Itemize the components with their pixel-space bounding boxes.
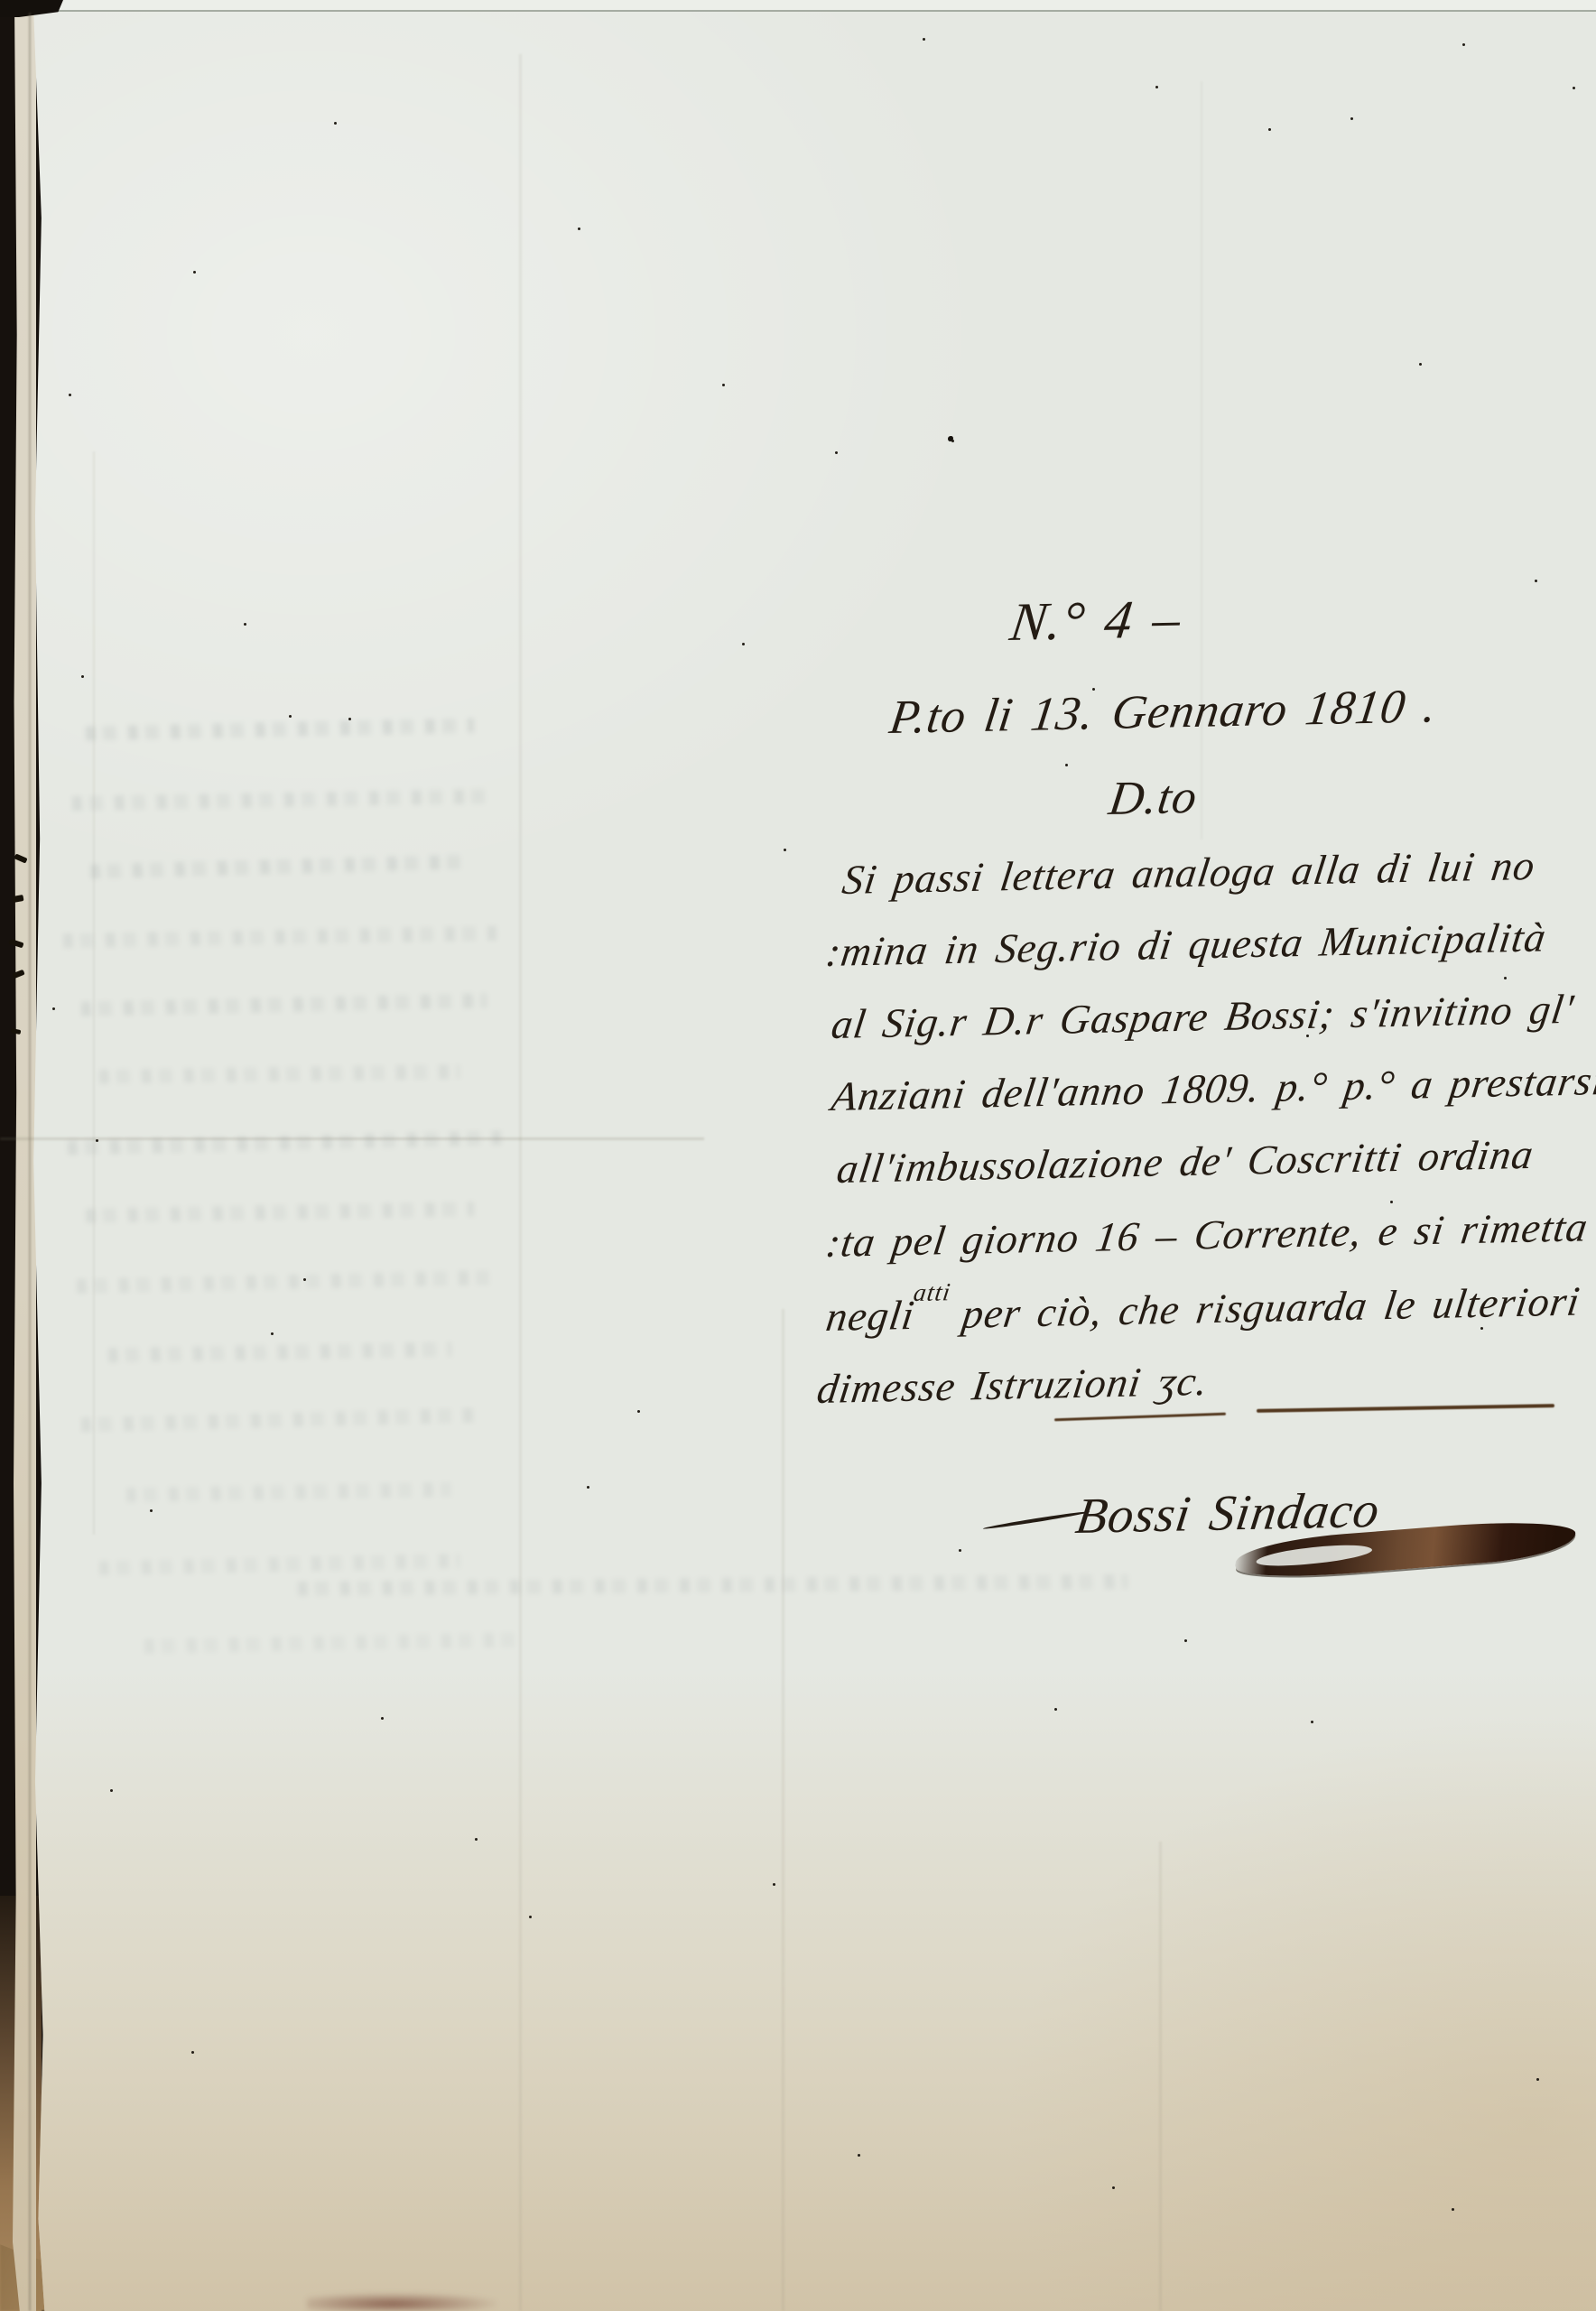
vertical-crease-2 xyxy=(519,54,522,2311)
ink-specks xyxy=(334,122,337,125)
letter-number: N.° 4 – xyxy=(1007,588,1185,654)
letter-dateline: P.to li 13. Gennaro 1810 . xyxy=(886,679,1441,745)
left-fold-crease xyxy=(29,13,31,2311)
letter-ditto: D.to xyxy=(1106,770,1201,826)
vertical-crease-4 xyxy=(1159,1842,1162,2311)
top-page-edge-line xyxy=(52,10,1596,12)
body-line-7-start: negli xyxy=(823,1292,917,1340)
scanned-document-photo: { "document": { "type": "handwritten man… xyxy=(0,0,1596,2311)
body-line-8: dimesse Istruzioni ʒc. xyxy=(814,1357,1211,1413)
under-page-edge xyxy=(13,13,36,2311)
vertical-crease-1 xyxy=(93,451,95,1535)
interlinear-insertion-atti: atti xyxy=(912,1277,952,1306)
verso-ink-edge-mark xyxy=(11,1028,22,1035)
bottom-edge-stain xyxy=(307,2293,496,2311)
vertical-crease-3 xyxy=(782,1309,784,2311)
